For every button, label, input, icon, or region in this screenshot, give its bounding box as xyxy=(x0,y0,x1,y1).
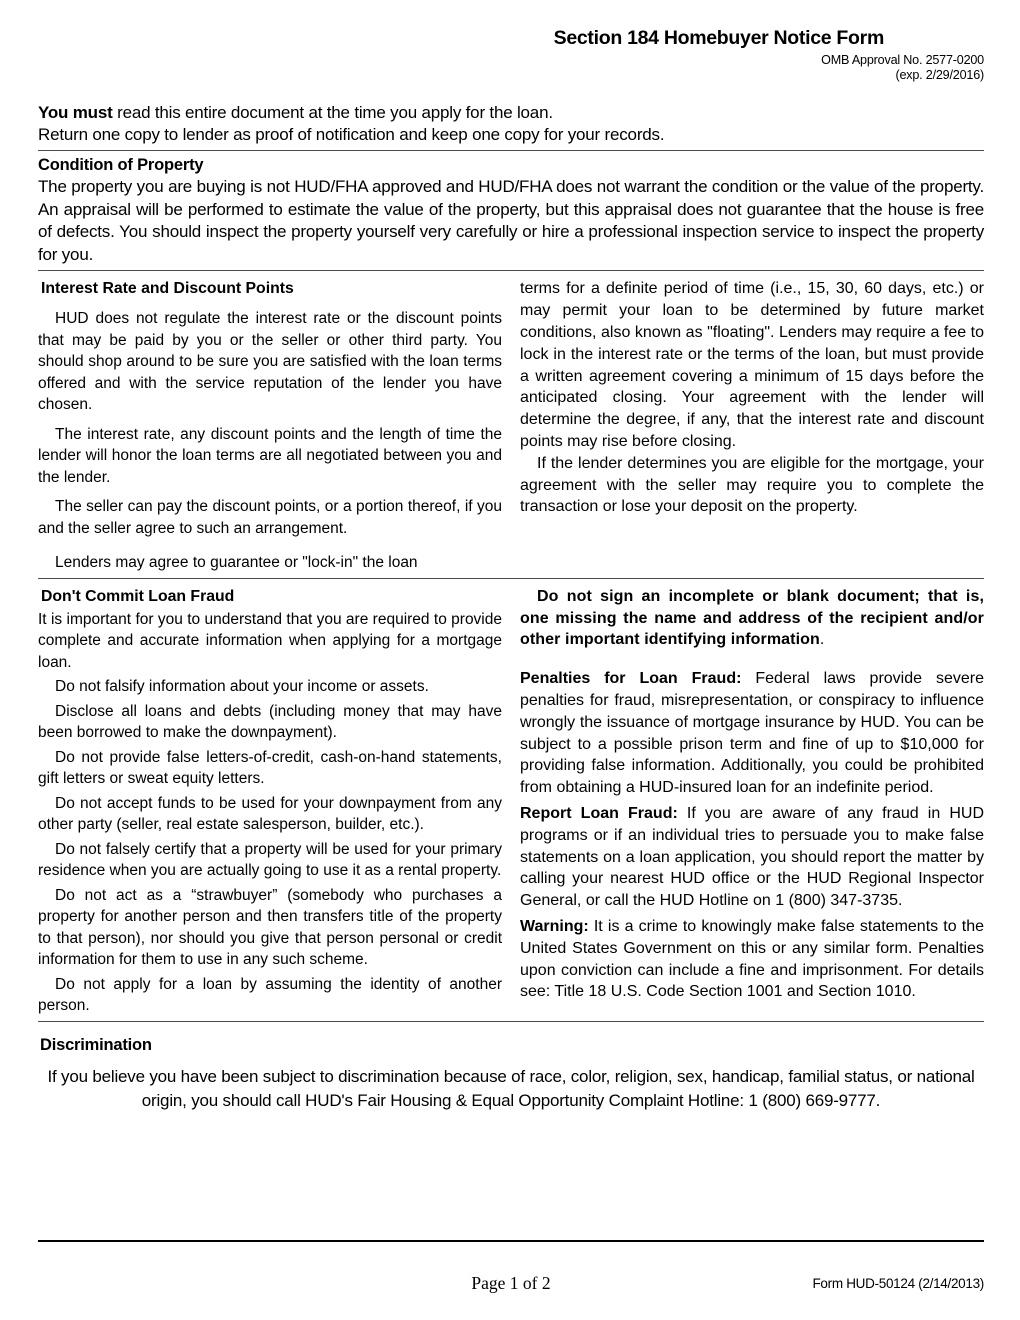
paragraph: Report Loan Fraud: If you are aware of a… xyxy=(520,803,984,912)
section-loan-fraud: Don't Commit Loan Fraud It is important … xyxy=(38,586,984,1017)
section-interest-rate: Interest Rate and Discount Points HUD do… xyxy=(38,278,984,574)
paragraph: Do not sign an incomplete or blank docum… xyxy=(520,586,984,651)
section-discrimination: Discrimination If you believe you have b… xyxy=(38,1022,984,1114)
page-title: Section 184 Homebuyer Notice Form xyxy=(38,26,984,50)
paragraph-text: Federal laws provide severe penalties fo… xyxy=(520,670,984,796)
omb-approval-number: OMB Approval No. 2577-0200 xyxy=(38,53,984,68)
paragraph-bold-lead: Penalties for Loan Fraud: xyxy=(520,670,741,687)
interest-rate-right-column: terms for a definite period of time (i.e… xyxy=(520,278,984,574)
paragraph: Penalties for Loan Fraud: Federal laws p… xyxy=(520,668,984,799)
paragraph-bold-lead: Do not sign an incomplete or blank docum… xyxy=(520,588,984,649)
paragraph: Warning: It is a crime to knowingly make… xyxy=(520,916,984,1003)
paragraph: Do not falsely certify that a property w… xyxy=(38,839,502,882)
section-body: The property you are buying is not HUD/F… xyxy=(38,176,984,266)
paragraph: It is important for you to understand th… xyxy=(38,609,502,674)
notice-bold-lead: You must xyxy=(38,103,113,122)
paragraph-bold-lead: Report Loan Fraud: xyxy=(520,805,678,822)
form-number: Form HUD-50124 (2/14/2013) xyxy=(812,1276,984,1291)
paragraph: Lenders may agree to guarantee or "lock-… xyxy=(38,552,502,574)
document-header: Section 184 Homebuyer Notice Form OMB Ap… xyxy=(38,26,984,83)
interest-rate-left-column: Interest Rate and Discount Points HUD do… xyxy=(38,278,502,574)
reader-notice: You must read this entire document at th… xyxy=(38,102,984,146)
paragraph: Do not provide false letters-of-credit, … xyxy=(38,747,502,790)
section-heading: Don't Commit Loan Fraud xyxy=(41,586,502,608)
section-heading: Condition of Property xyxy=(38,154,984,176)
loan-fraud-left-column: Don't Commit Loan Fraud It is important … xyxy=(38,586,502,1017)
footer-divider xyxy=(38,1240,984,1242)
omb-approval-block: OMB Approval No. 2577-0200 (exp. 2/29/20… xyxy=(38,53,984,83)
omb-expiration: (exp. 2/29/2016) xyxy=(38,68,984,83)
paragraph: Do not accept funds to be used for your … xyxy=(38,793,502,836)
paragraph-text: . xyxy=(820,631,824,648)
section-condition-of-property: Condition of Property The property you a… xyxy=(38,151,984,266)
paragraph: If the lender determines you are eligibl… xyxy=(520,453,984,518)
paragraph: Do not falsify information about your in… xyxy=(38,676,502,698)
paragraph: terms for a definite period of time (i.e… xyxy=(520,278,984,452)
notice-line-1-rest: read this entire document at the time yo… xyxy=(113,103,553,122)
paragraph-bold-lead: Warning: xyxy=(520,918,589,935)
paragraph: Do not apply for a loan by assuming the … xyxy=(38,974,502,1017)
divider xyxy=(38,270,984,271)
section-body: If you believe you have been subject to … xyxy=(38,1065,984,1114)
divider xyxy=(38,578,984,579)
paragraph: The interest rate, any discount points a… xyxy=(38,424,502,489)
notice-line-2: Return one copy to lender as proof of no… xyxy=(38,124,984,146)
paragraph: The seller can pay the discount points, … xyxy=(38,496,502,539)
paragraph: Do not act as a “strawbuyer” (somebody w… xyxy=(38,885,502,971)
paragraph: HUD does not regulate the interest rate … xyxy=(38,308,502,416)
section-heading: Discrimination xyxy=(40,1034,984,1056)
section-heading: Interest Rate and Discount Points xyxy=(41,278,502,300)
loan-fraud-right-column: Do not sign an incomplete or blank docum… xyxy=(520,586,984,1017)
footer-row: Page 1 of 2 Form HUD-50124 (2/14/2013) xyxy=(38,1273,984,1294)
paragraph-text: It is a crime to knowingly make false st… xyxy=(520,918,984,1000)
document-footer: Page 1 of 2 Form HUD-50124 (2/14/2013) xyxy=(38,1240,984,1294)
notice-line-1: You must read this entire document at th… xyxy=(38,102,984,124)
paragraph: Disclose all loans and debts (including … xyxy=(38,701,502,744)
document-page: Section 184 Homebuyer Notice Form OMB Ap… xyxy=(0,0,1020,1320)
page-number: Page 1 of 2 xyxy=(471,1273,550,1293)
